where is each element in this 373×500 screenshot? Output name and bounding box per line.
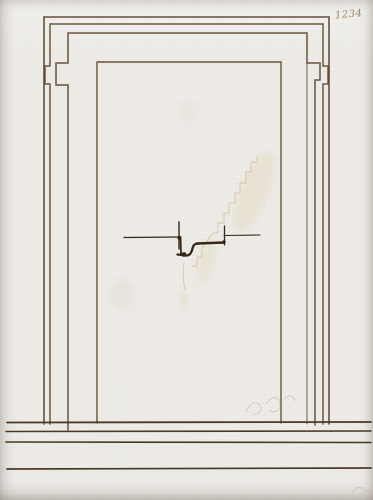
corner-mark (352, 488, 373, 492)
paper-sheet: 1234 (0, 0, 373, 500)
pencil-scribble (246, 396, 295, 414)
second-frame-line (45, 24, 328, 424)
outer-frame-line (44, 17, 329, 424)
stain-washes (110, 98, 283, 310)
drawing-canvas (0, 0, 373, 500)
base-lines (6, 422, 371, 469)
